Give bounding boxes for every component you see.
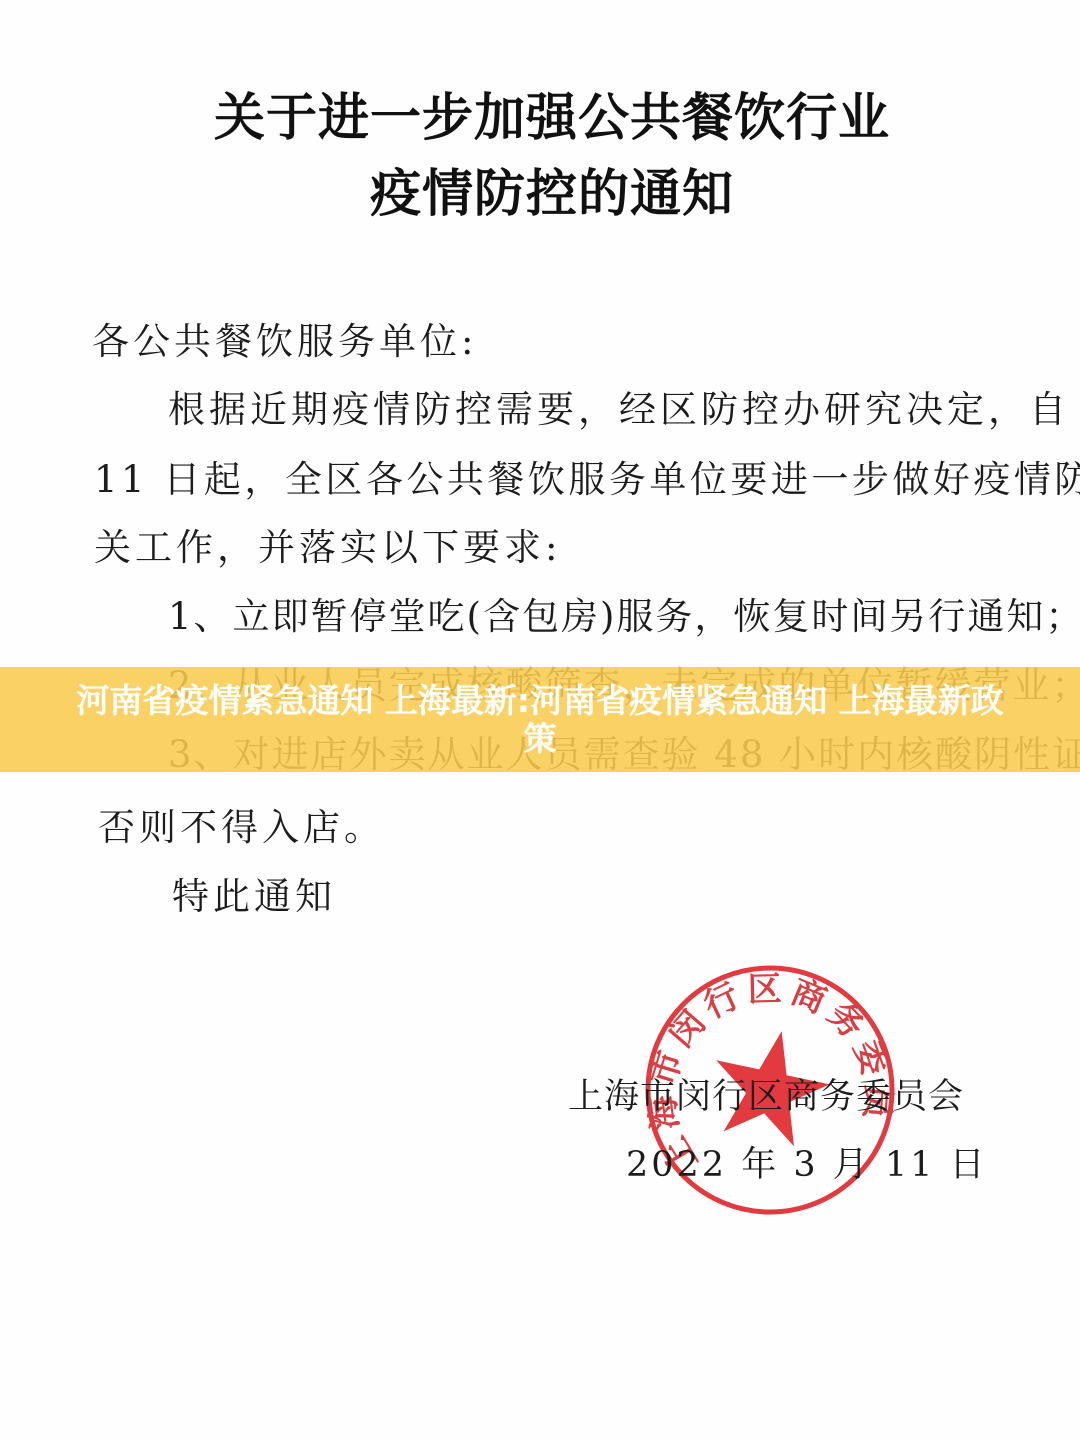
body-paragraph-line-2: 11 日起，全区各公共餐饮服务单位要进一步做好疫情防控相 — [94, 458, 1080, 502]
salutation: 各公共餐饮服务单位: — [92, 320, 477, 364]
closing-remark: 特此通知 — [172, 875, 336, 919]
signature-organization: 上海市闵行区商务委员会 — [568, 1075, 964, 1119]
body-paragraph-line-1: 根据近期疫情防控需要，经区防控办研究决定，自 3 月 — [168, 388, 1080, 432]
document-title-line-2: 疫情防控的通知 — [12, 164, 1080, 224]
document-title-line-1: 关于进一步加强公共餐饮行业 — [12, 88, 1080, 148]
signature-date: 2022 年 3 月 11 日 — [626, 1143, 988, 1187]
headline-overlay-text: 河南省疫情紧急通知 上海最新:河南省疫情紧急通知 上海最新政策 — [60, 682, 1020, 758]
headline-overlay-banner: 河南省疫情紧急通知 上海最新:河南省疫情紧急通知 上海最新政策 — [0, 667, 1080, 772]
body-paragraph-line-3: 关工作，并落实以下要求: — [94, 526, 561, 570]
requirement-item-1: 1、立即暂停堂吃(含包房)服务，恢复时间另行通知； — [168, 595, 1080, 639]
requirement-continuation: 否则不得入店。 — [98, 806, 385, 850]
notice-document-page: 关于进一步加强公共餐饮行业 疫情防控的通知 各公共餐饮服务单位: 根据近期疫情防… — [0, 0, 1080, 1440]
